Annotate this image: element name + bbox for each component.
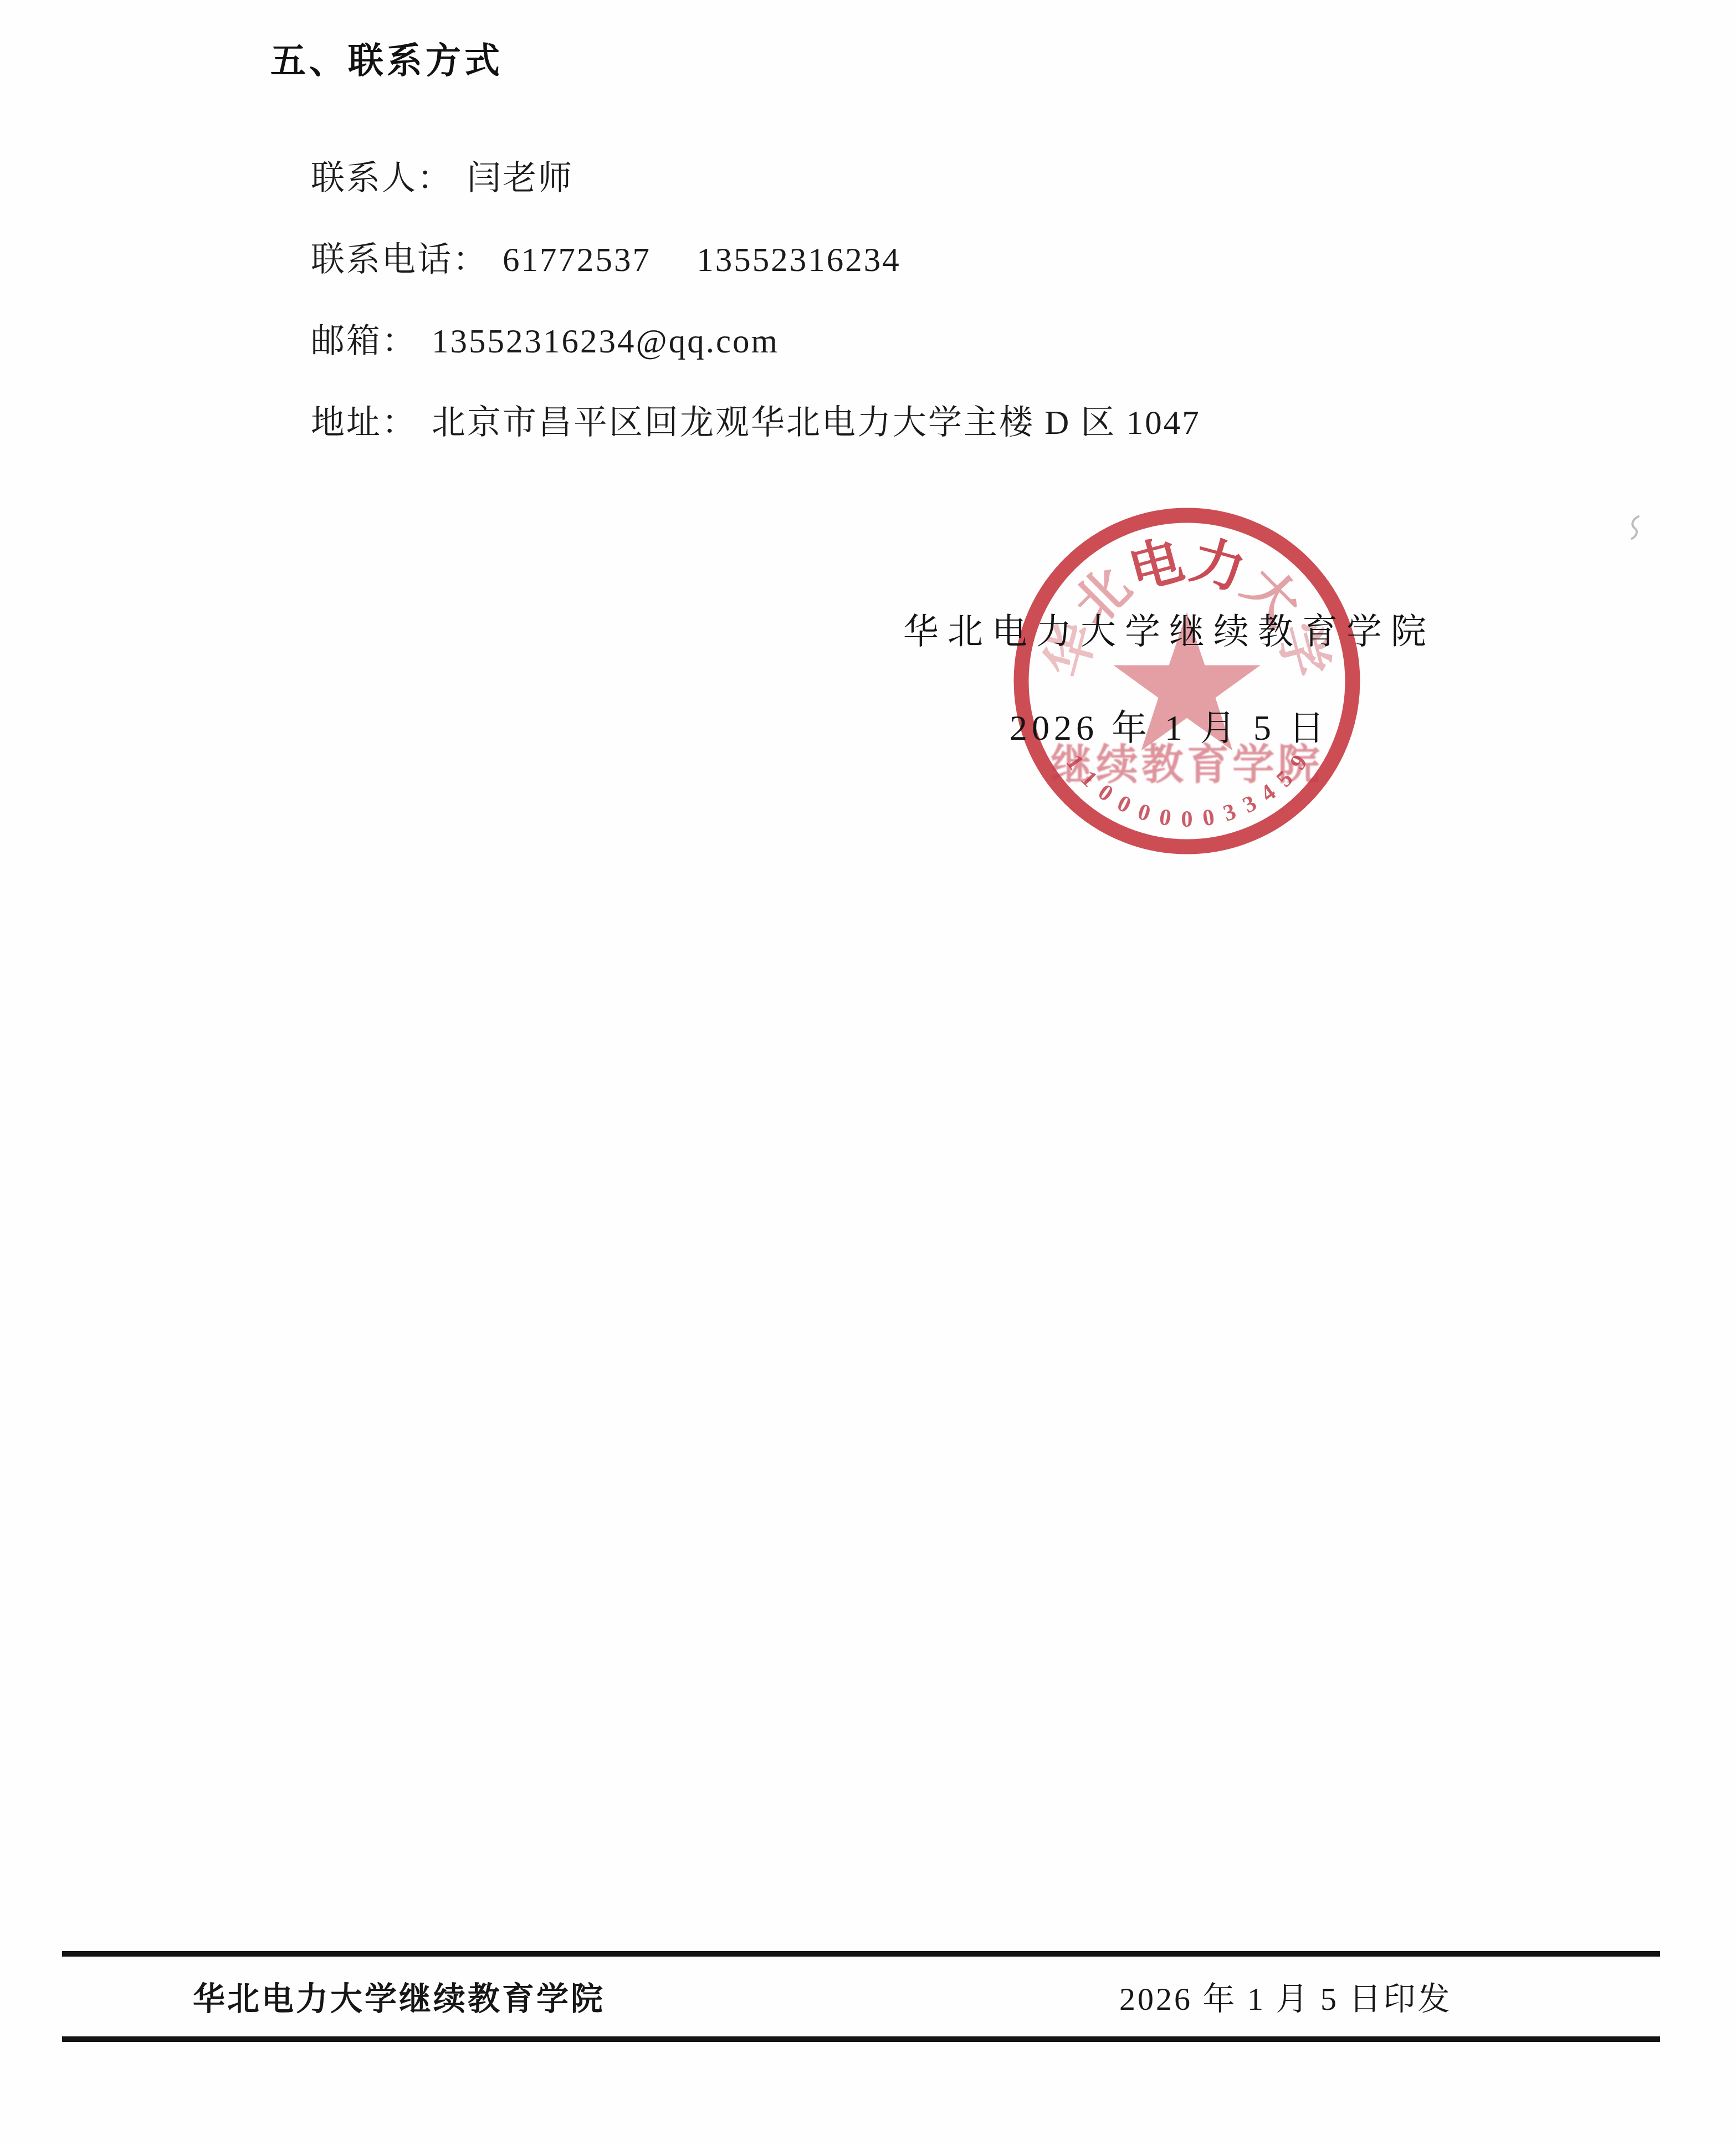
footer-top-rule <box>62 1951 1660 1957</box>
contact-email-value: 13552316234@qq.com <box>432 323 779 360</box>
stray-ink-mark <box>1626 514 1645 541</box>
seal-serial-digit: 5 <box>1271 765 1298 792</box>
contact-address-label: 地址： <box>311 405 417 442</box>
contact-address-line: 地址：北京市昌平区回龙观华北电力大学主楼 D 区 1047 <box>270 357 1201 483</box>
contact-phone-label: 联系电话： <box>311 242 488 279</box>
contact-address-value: 北京市昌平区回龙观华北电力大学主楼 D 区 1047 <box>432 405 1201 442</box>
footer-issue-date: 2026 年 1 月 5 日印发 <box>1119 1973 1452 2019</box>
seal-serial-digit: 0 <box>1158 804 1173 832</box>
seal-serial-digit: 9 <box>1285 750 1313 775</box>
seal-serial-digit: 3 <box>1238 790 1261 819</box>
signature-org: 华北电力大学继续教育学院 <box>853 603 1485 654</box>
contact-person-value: 闫老师 <box>467 160 573 197</box>
seal-serial-digit: 0 <box>1181 806 1193 833</box>
contact-person-label: 联系人： <box>311 160 453 197</box>
seal-serial-digit: 1 <box>1076 765 1103 792</box>
section-heading: 五、联系方式 <box>270 32 503 83</box>
signature-block: 华北电力大学继续教育学院 2026 年 1 月 5 日 <box>853 603 1485 750</box>
footer-bottom-rule <box>62 2036 1660 2042</box>
signature-date: 2026 年 1 月 5 日 <box>853 699 1485 750</box>
contact-email-label: 邮箱： <box>311 323 417 360</box>
scanned-document-page: 五、联系方式 联系人：闫老师 联系电话：61772537 13552316234… <box>0 0 1736 2145</box>
footer-issuing-org: 华北电力大学继续教育学院 <box>193 1973 605 2019</box>
seal-serial-digit: 0 <box>1201 804 1216 832</box>
seal-serial-digit: 3 <box>1220 798 1240 827</box>
seal-serial-digit: 4 <box>1256 779 1281 807</box>
seal-serial-digit: 0 <box>1113 790 1135 819</box>
seal-serial-digit: 1 <box>1061 750 1089 775</box>
seal-serial-digit: 0 <box>1093 779 1118 807</box>
seal-serial-digit: 0 <box>1134 798 1154 827</box>
contact-phone-value: 61772537 13552316234 <box>503 242 901 279</box>
